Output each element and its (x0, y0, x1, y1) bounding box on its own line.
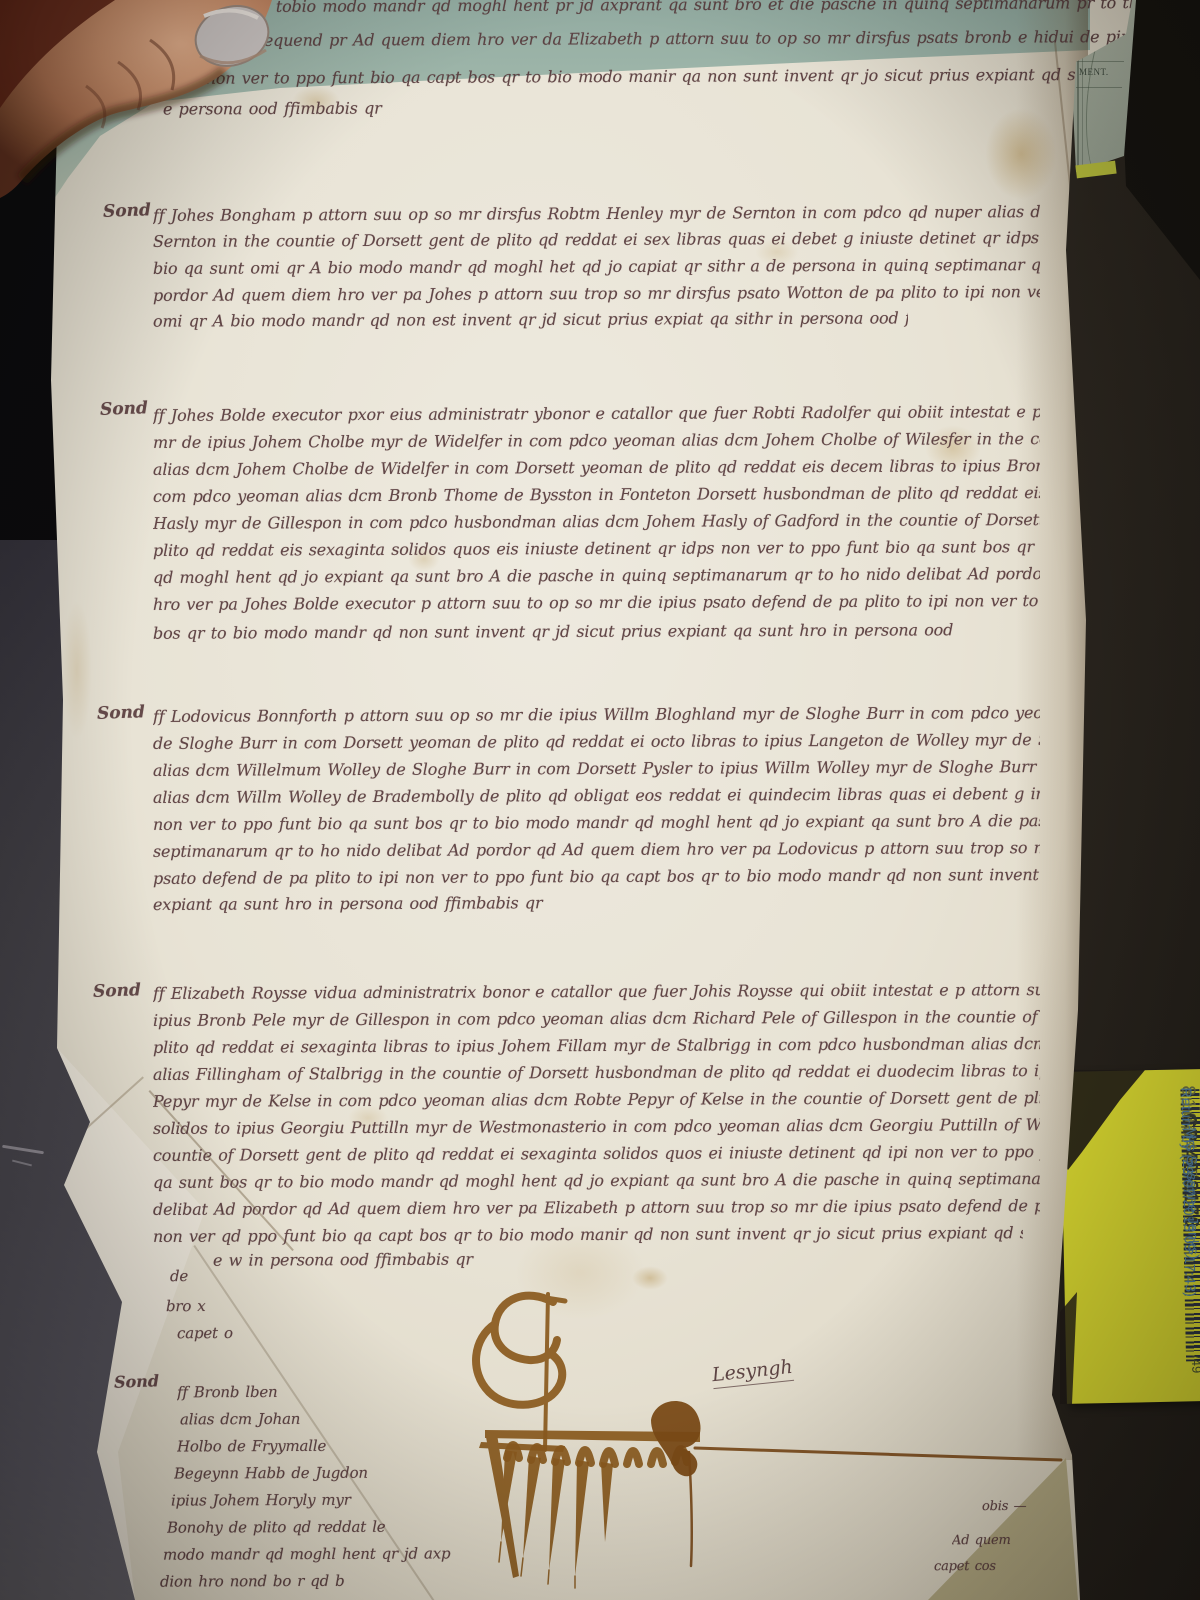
corner-note: /49 (1189, 1355, 1200, 1373)
manuscript-line: ff Bronb lben (177, 1384, 322, 1402)
margin-annotation: Sond (100, 398, 149, 420)
stain (985, 108, 1057, 200)
thumb (0, 0, 330, 230)
manuscript-line: expiant qa sunt hro in persona ood ffimb… (153, 894, 583, 914)
manuscript-line: alias dcm Willelmum Wolley de Sloghe Bur… (153, 758, 1040, 780)
manuscript-line: ipius Bronb Pele myr de Gillespon in com… (153, 1008, 1040, 1030)
manuscript-line: modo mandr qd moghl hent qr jd axp (163, 1545, 473, 1564)
manuscript-line: Bonohy de plito qd reddat le (167, 1518, 457, 1537)
manuscript-line: non ver to ppo funt bio qa sunt bos qr t… (153, 812, 1040, 834)
manuscript-line: com pdco yeoman alias dcm Bronb Thome de… (153, 484, 1040, 506)
manuscript-line: capet o (177, 1325, 265, 1343)
manuscript-line: de Sloghe Burr in com Dorsett yeoman de … (153, 731, 1040, 753)
printed-text-fragment: MENT. (1079, 67, 1109, 77)
margin-annotation: Sond (93, 980, 142, 1002)
margin-annotation: Sond (114, 1371, 160, 1392)
manuscript-line: dion hro nond bo r qd b (160, 1572, 430, 1590)
manuscript-line: delibat Ad pordor qd Ad quem diem hro ve… (153, 1197, 1040, 1219)
manuscript-line: bio qa sunt omi qr A bio modo mandr qd m… (153, 256, 1040, 278)
photo-stage: MENT. 8193495 CP 40/2176 Return by (23/0… (0, 0, 1200, 1600)
manuscript-line: ipius Johem Horyly myr (171, 1491, 421, 1509)
manuscript-line: non ver qd ppo funt bio qa capt bos qr t… (153, 1224, 1023, 1246)
manuscript-line: Hasly myr de Gillespon in com pdco husbo… (153, 511, 1040, 533)
margin-annotation: Sond (97, 702, 146, 724)
manuscript-line: alias dcm Willm Wolley de Bradembolly de… (153, 785, 1040, 807)
manuscript-line: Holbo de Fryymalle (177, 1438, 382, 1456)
manuscript-line: ff Lodovicus Bonnforth p attorn suu op s… (153, 704, 1040, 726)
manuscript-line: bos qr to bio modo mandr qd non sunt inv… (153, 621, 953, 643)
manuscript-line: psato defend de pa plito to ipi non ver … (153, 866, 1040, 888)
manuscript-line: qa sunt bos qr to bio modo mandr qd mogh… (153, 1170, 1040, 1192)
manuscript-line: Sernton in the countie of Dorsett gent d… (153, 229, 1040, 251)
manuscript-line: de (170, 1268, 210, 1285)
manuscript-line: omi qr A bio modo mandr qd non est inven… (153, 309, 908, 331)
manuscript-line: solidos to ipius Georgiu Puttilln myr de… (153, 1116, 1040, 1138)
manuscript-line: Begeynn Habb de Jugdon (174, 1464, 414, 1482)
manuscript-line: e w in persona ood ffimbabis qr (213, 1250, 543, 1270)
manuscript-line: mr de ipius Johem Cholbe myr de Widelfer… (153, 430, 1040, 452)
manuscript-line: countie of Dorsett gent de plito qd redd… (153, 1143, 1040, 1165)
manuscript-line: septimanarum qr to ho nido delibat Ad po… (153, 839, 1040, 861)
manuscript-line: alias dcm Johem Cholbe de Widelfer in co… (153, 457, 1040, 479)
manuscript-line: qd moghl hent qd jo expiant qa sunt bro … (153, 565, 1040, 587)
stain (62, 600, 92, 740)
manuscript-line: plito qd reddat ei sexaginta libras to i… (153, 1035, 1040, 1057)
manuscript-line: Pepyr myr de Kelse in com pdco yeoman al… (153, 1089, 1040, 1111)
holder-name-line: Mrs Susanne Jenks) (1182, 1127, 1200, 1259)
parchment-document: po tobio modo mandr qd moghl hent pr jd … (0, 0, 1200, 1600)
manuscript-line: plito qd reddat eis sexaginta solidos qu… (153, 538, 1040, 560)
manuscript-line: alias dcm Johan (180, 1411, 345, 1429)
manuscript-line: ff Johes Bolde executor pxor eius admini… (153, 403, 1040, 425)
manuscript-line: pordor Ad quem diem hro ver pa Johes p a… (153, 283, 1040, 305)
manuscript-line: bro x (166, 1298, 228, 1316)
manuscript-line: hro ver pa Johes Bolde executor p attorn… (153, 592, 1040, 614)
manuscript-line: alias Fillingham of Stalbrigg in the cou… (153, 1062, 1040, 1084)
manuscript-line: ff Elizabeth Roysse vidua administratrix… (153, 981, 1040, 1003)
calligraphic-flourish (455, 1280, 1095, 1590)
